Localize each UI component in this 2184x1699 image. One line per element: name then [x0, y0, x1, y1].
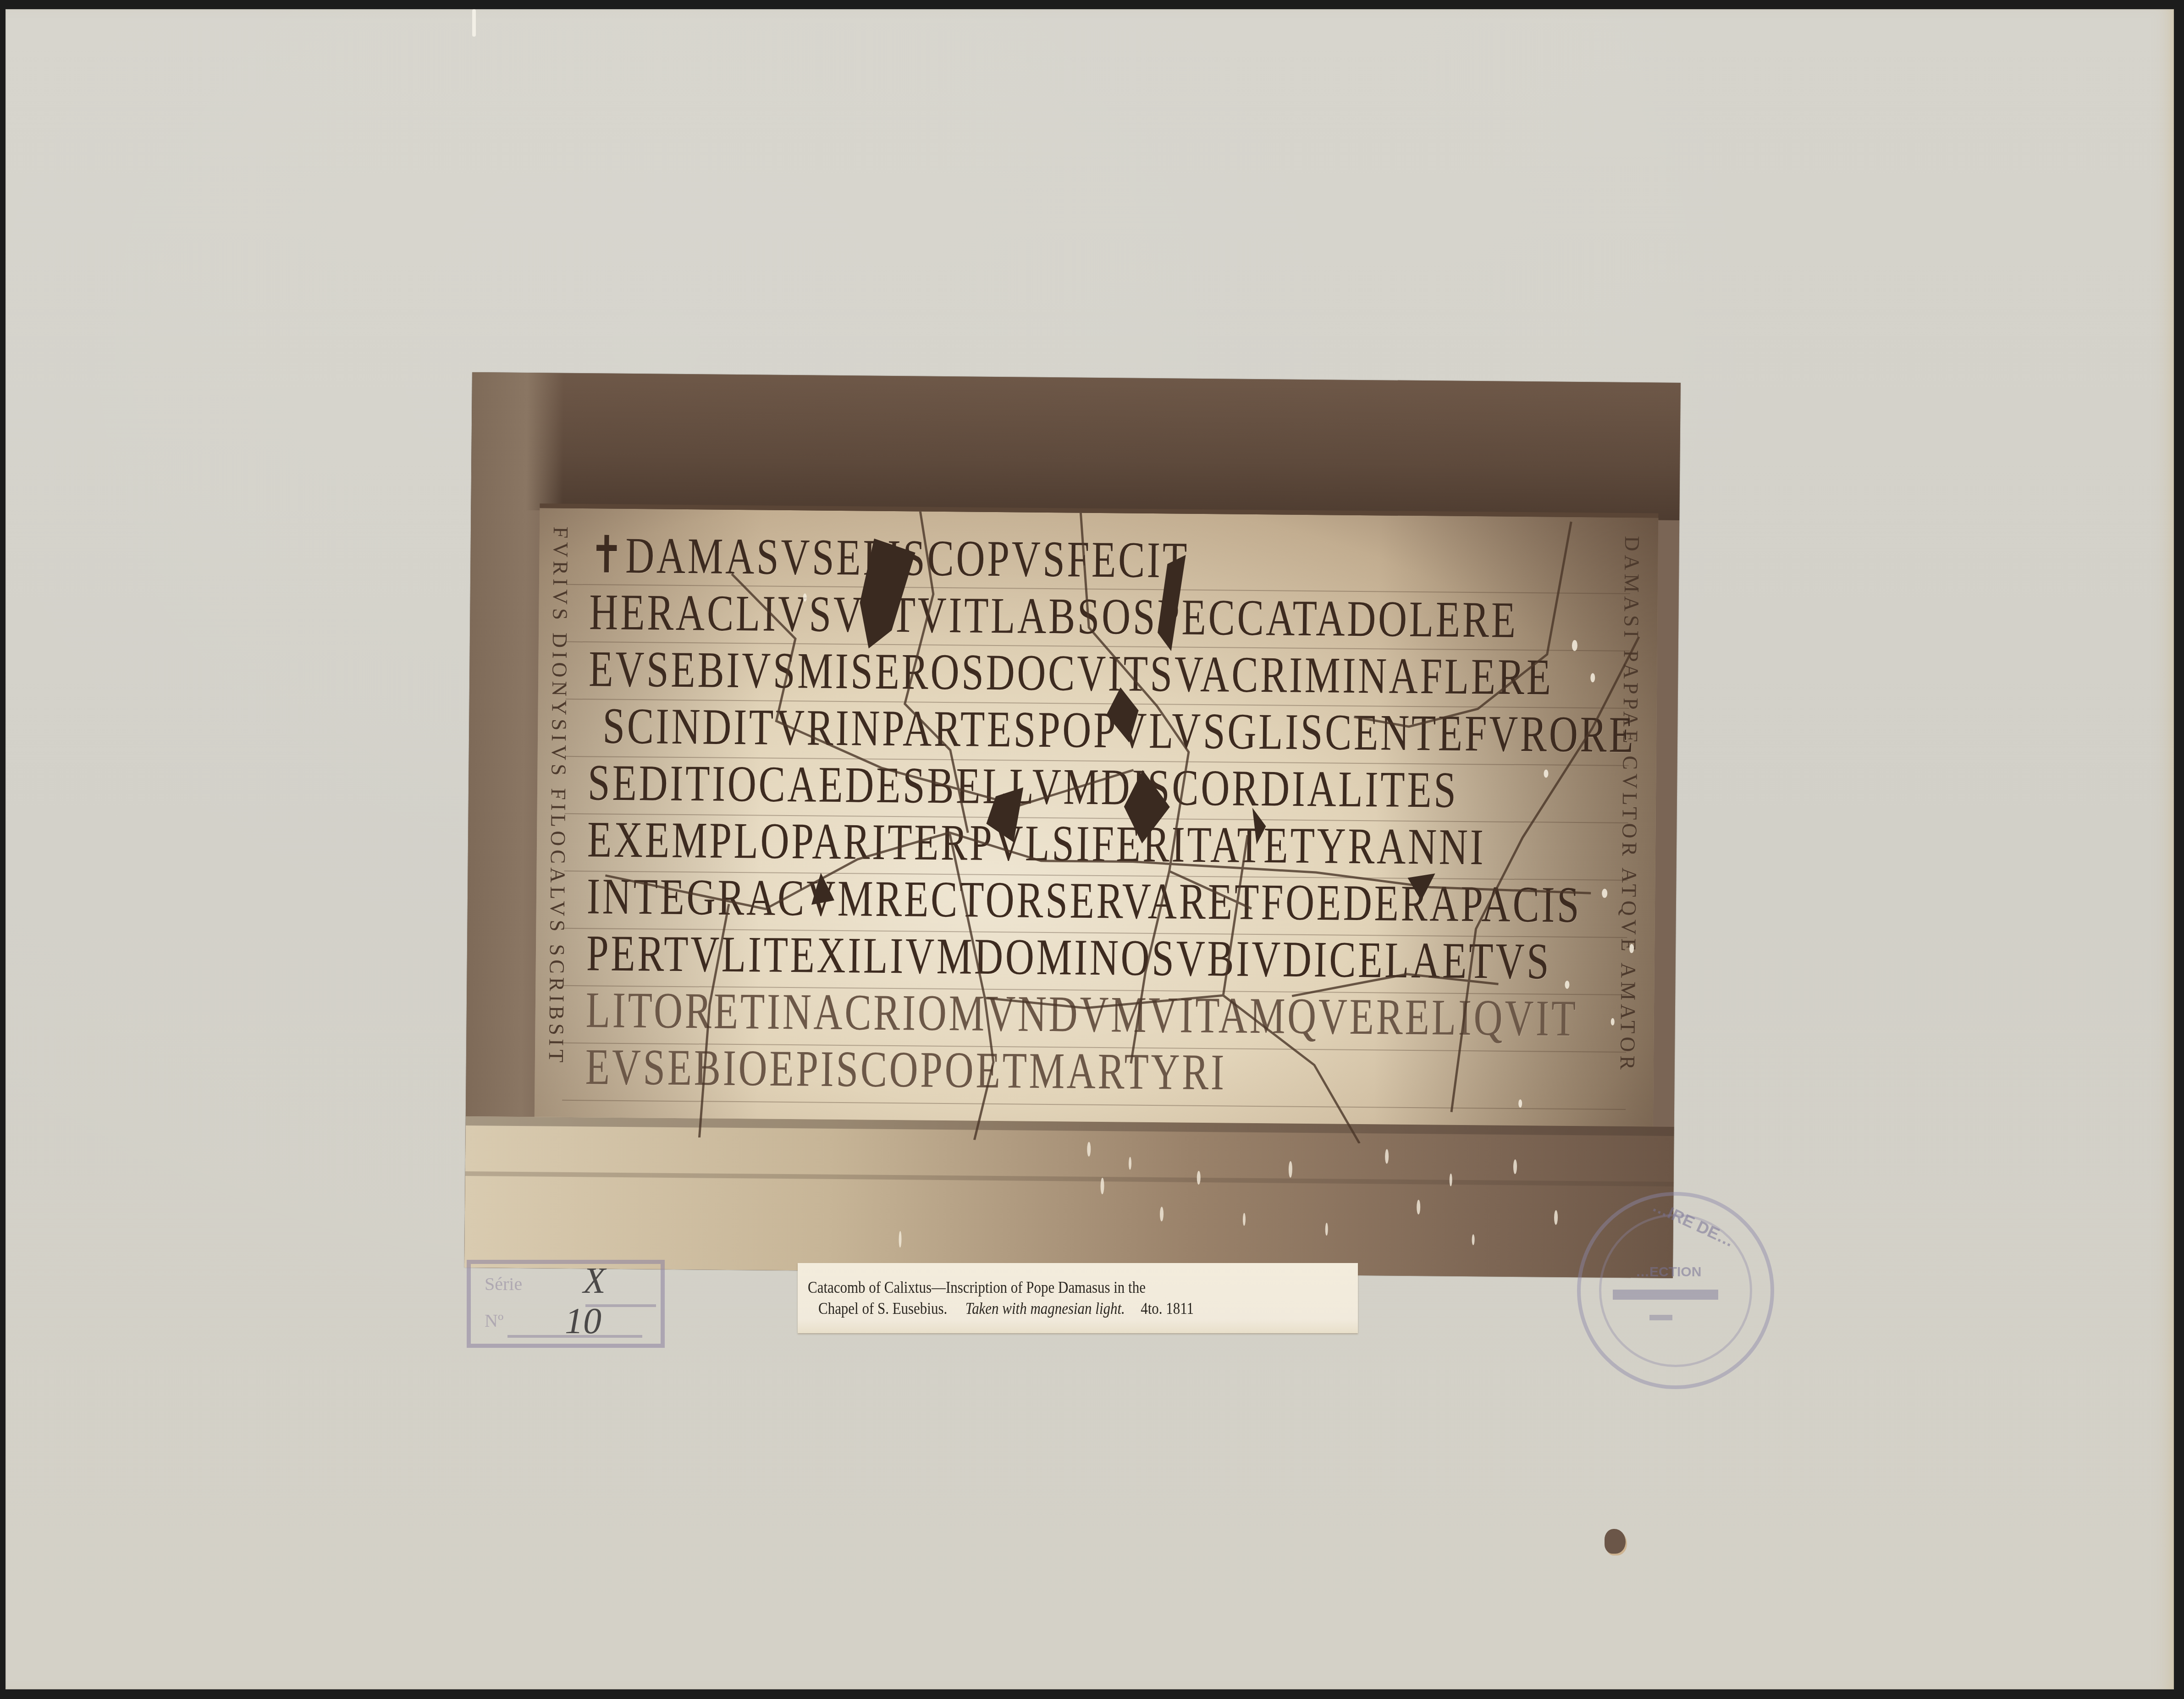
mount-tear: [472, 9, 476, 37]
caption-location: Chapel of S. Eusebius.: [818, 1299, 947, 1318]
inscription-plaque: FVRIVS DIONYSIVS FILOCALVS SCRIBSIT DAMA…: [534, 503, 1658, 1146]
round-stamp-dash: [1649, 1315, 1672, 1320]
stain-spot: [1605, 1529, 1626, 1554]
caption-subtitle: Chapel of S. Eusebius.Taken with magnesi…: [818, 1299, 1194, 1318]
round-stamp-middle-text: …ECTION: [1636, 1264, 1701, 1280]
caption-label: Catacomb of Calixtus—Inscription of Pope…: [798, 1263, 1358, 1333]
round-stamp-bar: [1613, 1290, 1718, 1300]
photo-dark-top: [471, 372, 1681, 520]
caption-technique: Taken with magnesian light.: [965, 1299, 1125, 1318]
caption-reference: 4to. 1811: [1141, 1299, 1194, 1318]
stamp-series-label: Série: [485, 1273, 522, 1295]
round-ink-stamp: …IRE DE… …ECTION: [1577, 1192, 1774, 1389]
stamp-series-value: X: [583, 1260, 606, 1302]
inventory-stamp: Série Nº X 10: [467, 1260, 665, 1348]
photograph: FVRIVS DIONYSIVS FILOCALVS SCRIBSIT DAMA…: [464, 372, 1681, 1278]
stamp-number-label: Nº: [485, 1310, 503, 1331]
plaque-cracks: [534, 508, 1658, 1146]
stamp-number-value: 10: [565, 1301, 601, 1342]
caption-title: Catacomb of Calixtus—Inscription of Pope…: [808, 1278, 1146, 1297]
